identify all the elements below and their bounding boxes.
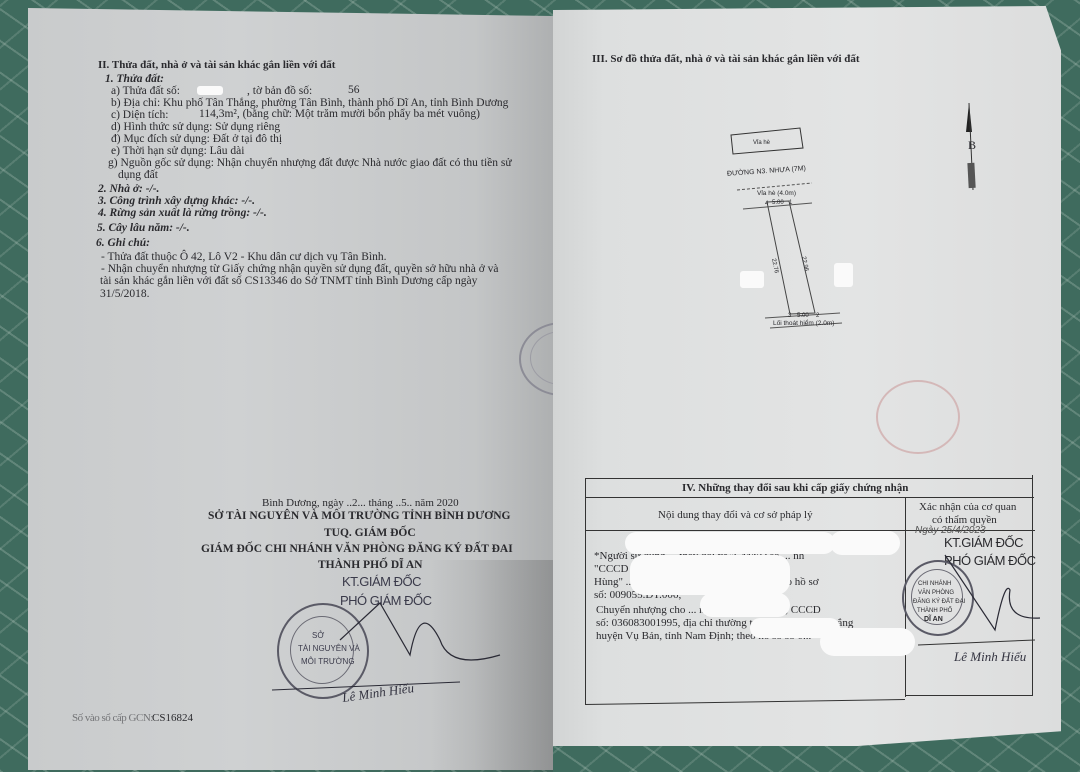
usage-term: e) Thời hạn sử dụng: Lâu dài — [111, 145, 244, 157]
corner-label: 1 — [789, 197, 792, 209]
seal-text: TÀI NGUYÊN VÀ — [298, 643, 360, 655]
forest-item: 4. Rừng sản xuất là rừng trồng: -/-. — [98, 207, 267, 219]
map-sheet-label: , tờ bản đồ số: — [247, 85, 312, 97]
area-value: 114,3m², (bằng chữ: Một trăm mười bốn ph… — [199, 108, 480, 120]
deputy-director-label: PHÓ GIÁM ĐỐC — [944, 555, 1036, 567]
confirmation-signature — [0, 0, 1, 1]
redaction-blob — [700, 593, 790, 617]
redaction-blob — [830, 531, 900, 555]
issuing-authority: SỞ TÀI NGUYÊN VÀ MÔI TRƯỜNG TỈNH BÌNH DƯ… — [208, 510, 510, 522]
house-item: 2. Nhà ở: -/-. — [98, 183, 159, 195]
gcn-label: Số vào sổ cấp GCN: — [72, 712, 153, 724]
usage-origin: g) Nguồn gốc sử dụng: Nhận chuyển nhượng… — [108, 157, 512, 169]
director-title-cont: THÀNH PHỐ DĨ AN — [318, 559, 422, 571]
redaction-blob — [625, 532, 835, 554]
map-sheet-value: 56 — [348, 84, 360, 96]
seal-text: DĨ AN — [924, 614, 943, 626]
escape-lane-label: Lối thoát hiểm (2.0m) — [773, 318, 834, 330]
redacted-neighbor — [740, 271, 764, 288]
gcn-number: CS16824 — [152, 712, 193, 724]
faded-seal — [876, 380, 960, 454]
corner-label: 4 — [765, 198, 768, 210]
tuq-title: TUQ. GIÁM ĐỐC — [324, 527, 416, 539]
kt-director-label: KT.GIÁM ĐỐC — [944, 537, 1023, 549]
deputy-director-label: PHÓ GIÁM ĐỐC — [340, 595, 432, 607]
redaction-blob — [630, 555, 790, 595]
note-line: - Thửa đất thuộc Ô 42, Lô V2 - Khu dân c… — [101, 251, 387, 263]
sidewalk-label: Vỉa hè — [753, 137, 770, 149]
column-header-confirm: Xác nhận của cơ quan — [919, 501, 1016, 513]
table-title: IV. Những thay đổi sau khi cấp giấy chứn… — [682, 482, 908, 494]
other-works-item: 3. Công trình xây dựng khác: -/-. — [98, 195, 255, 207]
usage-origin-cont: dụng đất — [118, 169, 158, 181]
land-heading: 1. Thửa đất: — [105, 73, 164, 85]
redacted-neighbor — [834, 263, 853, 287]
perennial-item: 5. Cây lâu năm: -/-. — [97, 222, 190, 234]
redacted-parcel-number — [197, 86, 223, 95]
notes-heading: 6. Ghi chú: — [96, 237, 150, 249]
seal-text: MÔI TRƯỜNG — [301, 656, 355, 668]
parcel-number-label: a) Thửa đất số: — [111, 85, 180, 97]
usage-purpose: đ) Mục đích sử dụng: Đất ở tại đô thị — [111, 133, 282, 145]
director-title: GIÁM ĐỐC CHI NHÁNH VĂN PHÒNG ĐĂNG KÝ ĐẤT… — [201, 543, 513, 555]
redaction-blob — [820, 628, 915, 656]
seal-text: SỞ — [312, 630, 324, 642]
kt-director-label: KT.GIÁM ĐỐC — [342, 576, 421, 588]
confirmation-signer: Lê Minh Hiếu — [954, 651, 1026, 663]
area-label: c) Diện tích: — [111, 109, 168, 121]
section-2-title: II. Thửa đất, nhà ở và tài sản khác gắn … — [98, 59, 335, 71]
north-label: B — [968, 139, 976, 151]
top-edge-length: 5.00 — [772, 197, 784, 209]
note-line: 31/5/2018. — [100, 288, 150, 300]
page-shadow — [430, 560, 553, 772]
usage-form: d) Hình thức sử dụng: Sử dụng riêng — [111, 121, 280, 133]
note-line: tài sản khác gắn liền với đất số CS13346… — [100, 275, 477, 287]
section-3-title: III. Sơ đồ thửa đất, nhà ở và tài sản kh… — [592, 53, 860, 65]
column-header-content: Nội dung thay đổi và cơ sở pháp lý — [658, 509, 813, 521]
issue-date: Bình Dương, ngày ..2... tháng ..5.. năm … — [262, 497, 459, 509]
note-line: - Nhận chuyển nhượng từ Giấy chứng nhận … — [101, 263, 499, 275]
